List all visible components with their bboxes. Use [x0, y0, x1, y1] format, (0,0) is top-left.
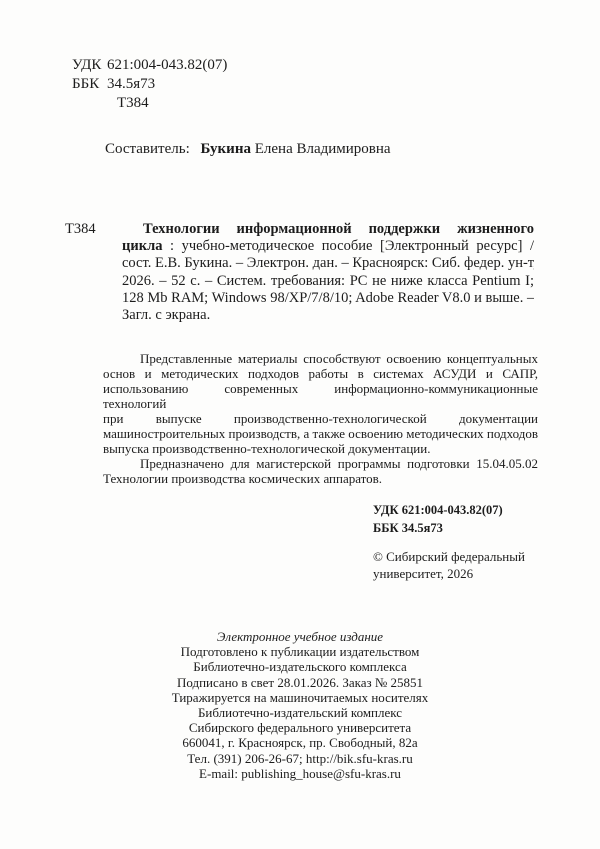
compiler-line: Составитель: Букина Елена Владимировна [105, 141, 391, 158]
annotation-p1-line: использованию современных информационно-… [103, 381, 538, 411]
colophon-line-address: 660041, г. Красноярск, пр. Свободный, 82… [60, 735, 540, 750]
edition-type: Электронное учебное издание [60, 629, 540, 644]
bib-title-line-1: Технологии информационной поддержки жизн… [122, 221, 534, 238]
bbk-label: ББК [72, 75, 107, 94]
compiler-label: Составитель: [105, 141, 190, 157]
bib-line-6: Загл. с экрана. [122, 307, 534, 324]
bbk-code-right: ББК 34.5я73 [373, 520, 503, 538]
compiler-name-rest: Елена Владимировна [255, 141, 391, 157]
classification-codes-right: УДК 621:004-043.82(07) ББК 34.5я73 [373, 502, 503, 537]
classification-codes-block: УДК 621:004-043.82(07) ББК 34.5я73 Т384 [72, 56, 227, 113]
bib-title-bold-2: цикла [122, 238, 162, 254]
bib-line-2-rest: : учебно-методическое пособие [Электронн… [162, 238, 534, 254]
scanned-imprint-page: УДК 621:004-043.82(07) ББК 34.5я73 Т384 … [0, 0, 600, 849]
udk-value: 621:004-043.82(07) [107, 56, 227, 75]
annotation-p2-line: Технологии производства космических аппа… [103, 471, 538, 486]
udk-row: УДК 621:004-043.82(07) [72, 56, 227, 75]
bbk-value: 34.5я73 [107, 75, 155, 94]
annotation-p2-line: Предназначено для магистерской программы… [103, 456, 538, 471]
bibliographic-entry: Т384 Технологии информационной поддержки… [65, 221, 540, 324]
annotation-p1-line: при выпуске производственно-технологичес… [103, 411, 538, 426]
copyright-line-1: © Сибирский федеральный [373, 548, 525, 565]
bib-line-4: 2026. – 52 с. – Систем. требования: PC н… [122, 273, 534, 290]
colophon-line: Подготовлено к публикации издательством [60, 644, 540, 659]
annotation-p1-line: машиностроительных производств, а также … [103, 426, 538, 441]
compiler-surname: Букина [201, 141, 251, 157]
bbk-row: ББК 34.5я73 [72, 75, 227, 94]
colophon-line: Библиотечно-издательский комплекс [60, 705, 540, 720]
udk-code-right: УДК 621:004-043.82(07) [373, 502, 503, 520]
colophon-line-phone-url: Тел. (391) 206-26-67; http://bik.sfu-kra… [60, 751, 540, 766]
bib-line-3: сост. Е.В. Букина. – Электрон. дан. – Кр… [122, 255, 534, 272]
colophon-line-email: E-mail: publishing_house@sfu-kras.ru [60, 766, 540, 781]
colophon-line: Подписано в свет 28.01.2026. Заказ № 258… [60, 675, 540, 690]
copyright-notice: © Сибирский федеральный университет, 202… [373, 548, 525, 582]
bib-line-5: 128 Mb RAM; Windows 98/XP/7/8/10; Adobe … [122, 290, 534, 307]
bib-title-line-2: цикла : учебно-методическое пособие [Эле… [122, 238, 534, 255]
udk-label: УДК [72, 56, 107, 75]
colophon-block: Электронное учебное издание Подготовлено… [60, 629, 540, 781]
bibliographic-text: Технологии информационной поддержки жизн… [122, 221, 534, 324]
bib-title-bold-1: Технологии информационной поддержки жизн… [143, 221, 534, 237]
author-sign-row: Т384 [72, 94, 227, 113]
annotation-p1-line: выпуска производственно-технологической … [103, 441, 538, 456]
author-sign-code: Т384 [72, 94, 149, 113]
copyright-line-2: университет, 2026 [373, 565, 525, 582]
colophon-line: Тиражируется на машиночитаемых носителях [60, 690, 540, 705]
annotation-p1-line: основ и методических подходов работы в с… [103, 366, 538, 381]
annotation-p1-line: Представленные материалы способствуют ос… [103, 351, 538, 366]
colophon-line: Сибирского федерального университета [60, 720, 540, 735]
colophon-line: Библиотечно-издательского комплекса [60, 659, 540, 674]
margin-author-sign: Т384 [65, 221, 96, 238]
annotation-block: Представленные материалы способствуют ос… [103, 351, 538, 486]
